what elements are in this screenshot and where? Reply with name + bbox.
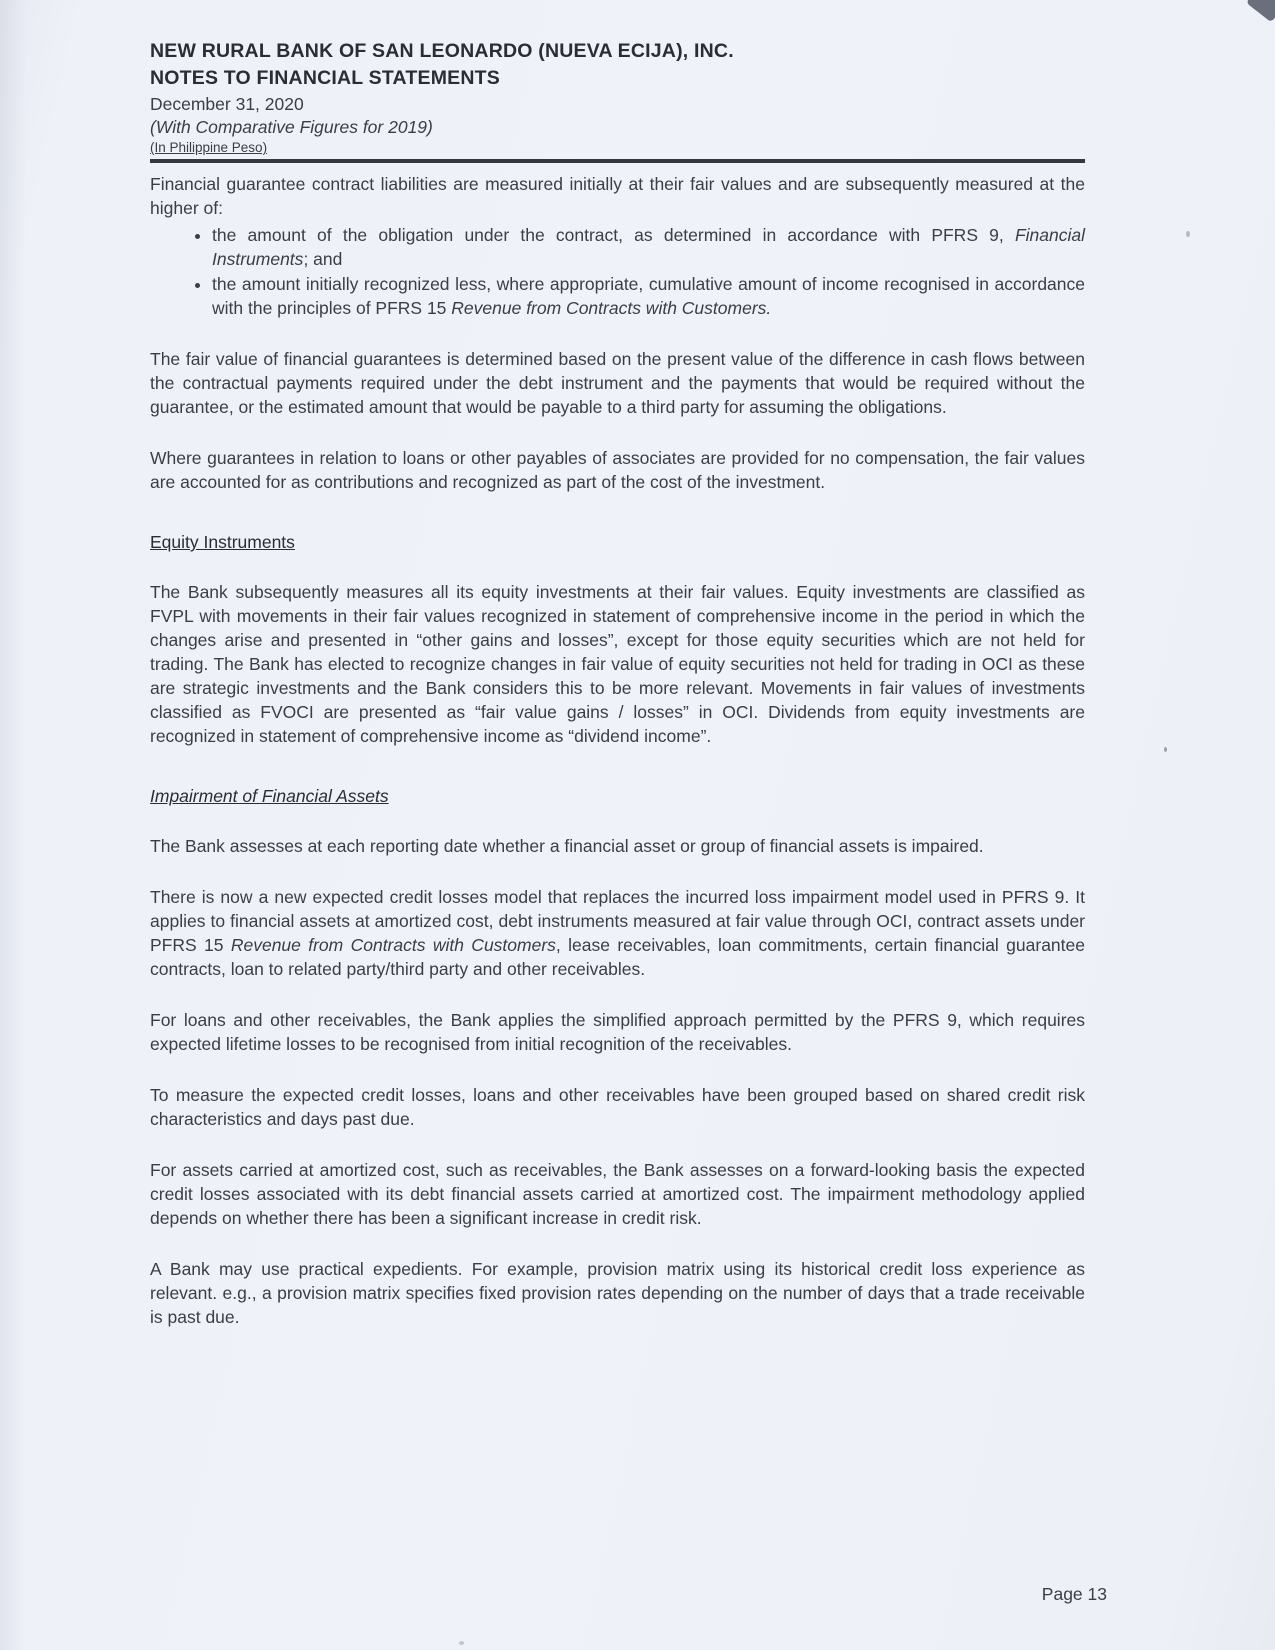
paragraph: The Bank assesses at each reporting date… — [150, 834, 1085, 858]
scan-artifact-speck — [459, 1641, 464, 1645]
paragraph: The fair value of financial guarantees i… — [150, 347, 1085, 419]
scan-edge-shadow — [0, 0, 26, 1650]
document-title: NOTES TO FINANCIAL STATEMENTS — [150, 65, 1085, 92]
currency-note: (In Philippine Peso) — [150, 139, 1085, 157]
paragraph: To measure the expected credit losses, l… — [150, 1083, 1085, 1131]
paragraph: A Bank may use practical expedients. For… — [150, 1257, 1085, 1329]
text: The fair value of financial guarantees i… — [150, 349, 1085, 417]
italic-text: Revenue from Contracts with Customers — [231, 935, 556, 955]
paragraph: There is now a new expected credit losse… — [150, 885, 1085, 981]
text: The Bank assesses at each reporting date… — [150, 836, 984, 856]
bank-name: NEW RURAL BANK OF SAN LEONARDO (NUEVA EC… — [150, 38, 1085, 65]
page-number: Page 13 — [150, 1582, 1107, 1606]
scanned-document-page: NEW RURAL BANK OF SAN LEONARDO (NUEVA EC… — [0, 0, 1275, 1650]
scan-artifact-speck — [1164, 747, 1167, 752]
document-header: NEW RURAL BANK OF SAN LEONARDO (NUEVA EC… — [150, 38, 1085, 163]
text: Where guarantees in relation to loans or… — [150, 448, 1085, 492]
report-date: December 31, 2020 — [150, 92, 1085, 116]
section-heading: Equity Instruments — [150, 530, 1085, 554]
paragraph: Financial guarantee contract liabilities… — [150, 172, 1085, 220]
paragraph: Where guarantees in relation to loans or… — [150, 446, 1085, 494]
paragraph: For assets carried at amortized cost, su… — [150, 1158, 1085, 1230]
text: ; and — [303, 249, 342, 269]
document-body: Financial guarantee contract liabilities… — [150, 172, 1085, 1356]
text: For assets carried at amortized cost, su… — [150, 1160, 1085, 1228]
text: For loans and other receivables, the Ban… — [150, 1010, 1085, 1054]
bullet-list: the amount of the obligation under the c… — [150, 223, 1085, 320]
scan-artifact-speck — [1186, 231, 1190, 237]
comparative-note: (With Comparative Figures for 2019) — [150, 116, 1085, 139]
italic-text: Revenue from Contracts with Customers. — [451, 298, 771, 318]
section-heading: Impairment of Financial Assets — [150, 784, 1085, 808]
paragraph: The Bank subsequently measures all its e… — [150, 580, 1085, 748]
text: Financial guarantee contract liabilities… — [150, 174, 1085, 218]
text: the amount of the obligation under the c… — [212, 225, 1015, 245]
scan-artifact-corner-smudge — [1246, 0, 1275, 22]
paragraph: For loans and other receivables, the Ban… — [150, 1008, 1085, 1056]
bullet-item: the amount of the obligation under the c… — [212, 223, 1085, 271]
bullet-item: the amount initially recognized less, wh… — [212, 272, 1085, 320]
text: The Bank subsequently measures all its e… — [150, 582, 1085, 746]
text: A Bank may use practical expedients. For… — [150, 1259, 1085, 1327]
text: To measure the expected credit losses, l… — [150, 1085, 1085, 1129]
